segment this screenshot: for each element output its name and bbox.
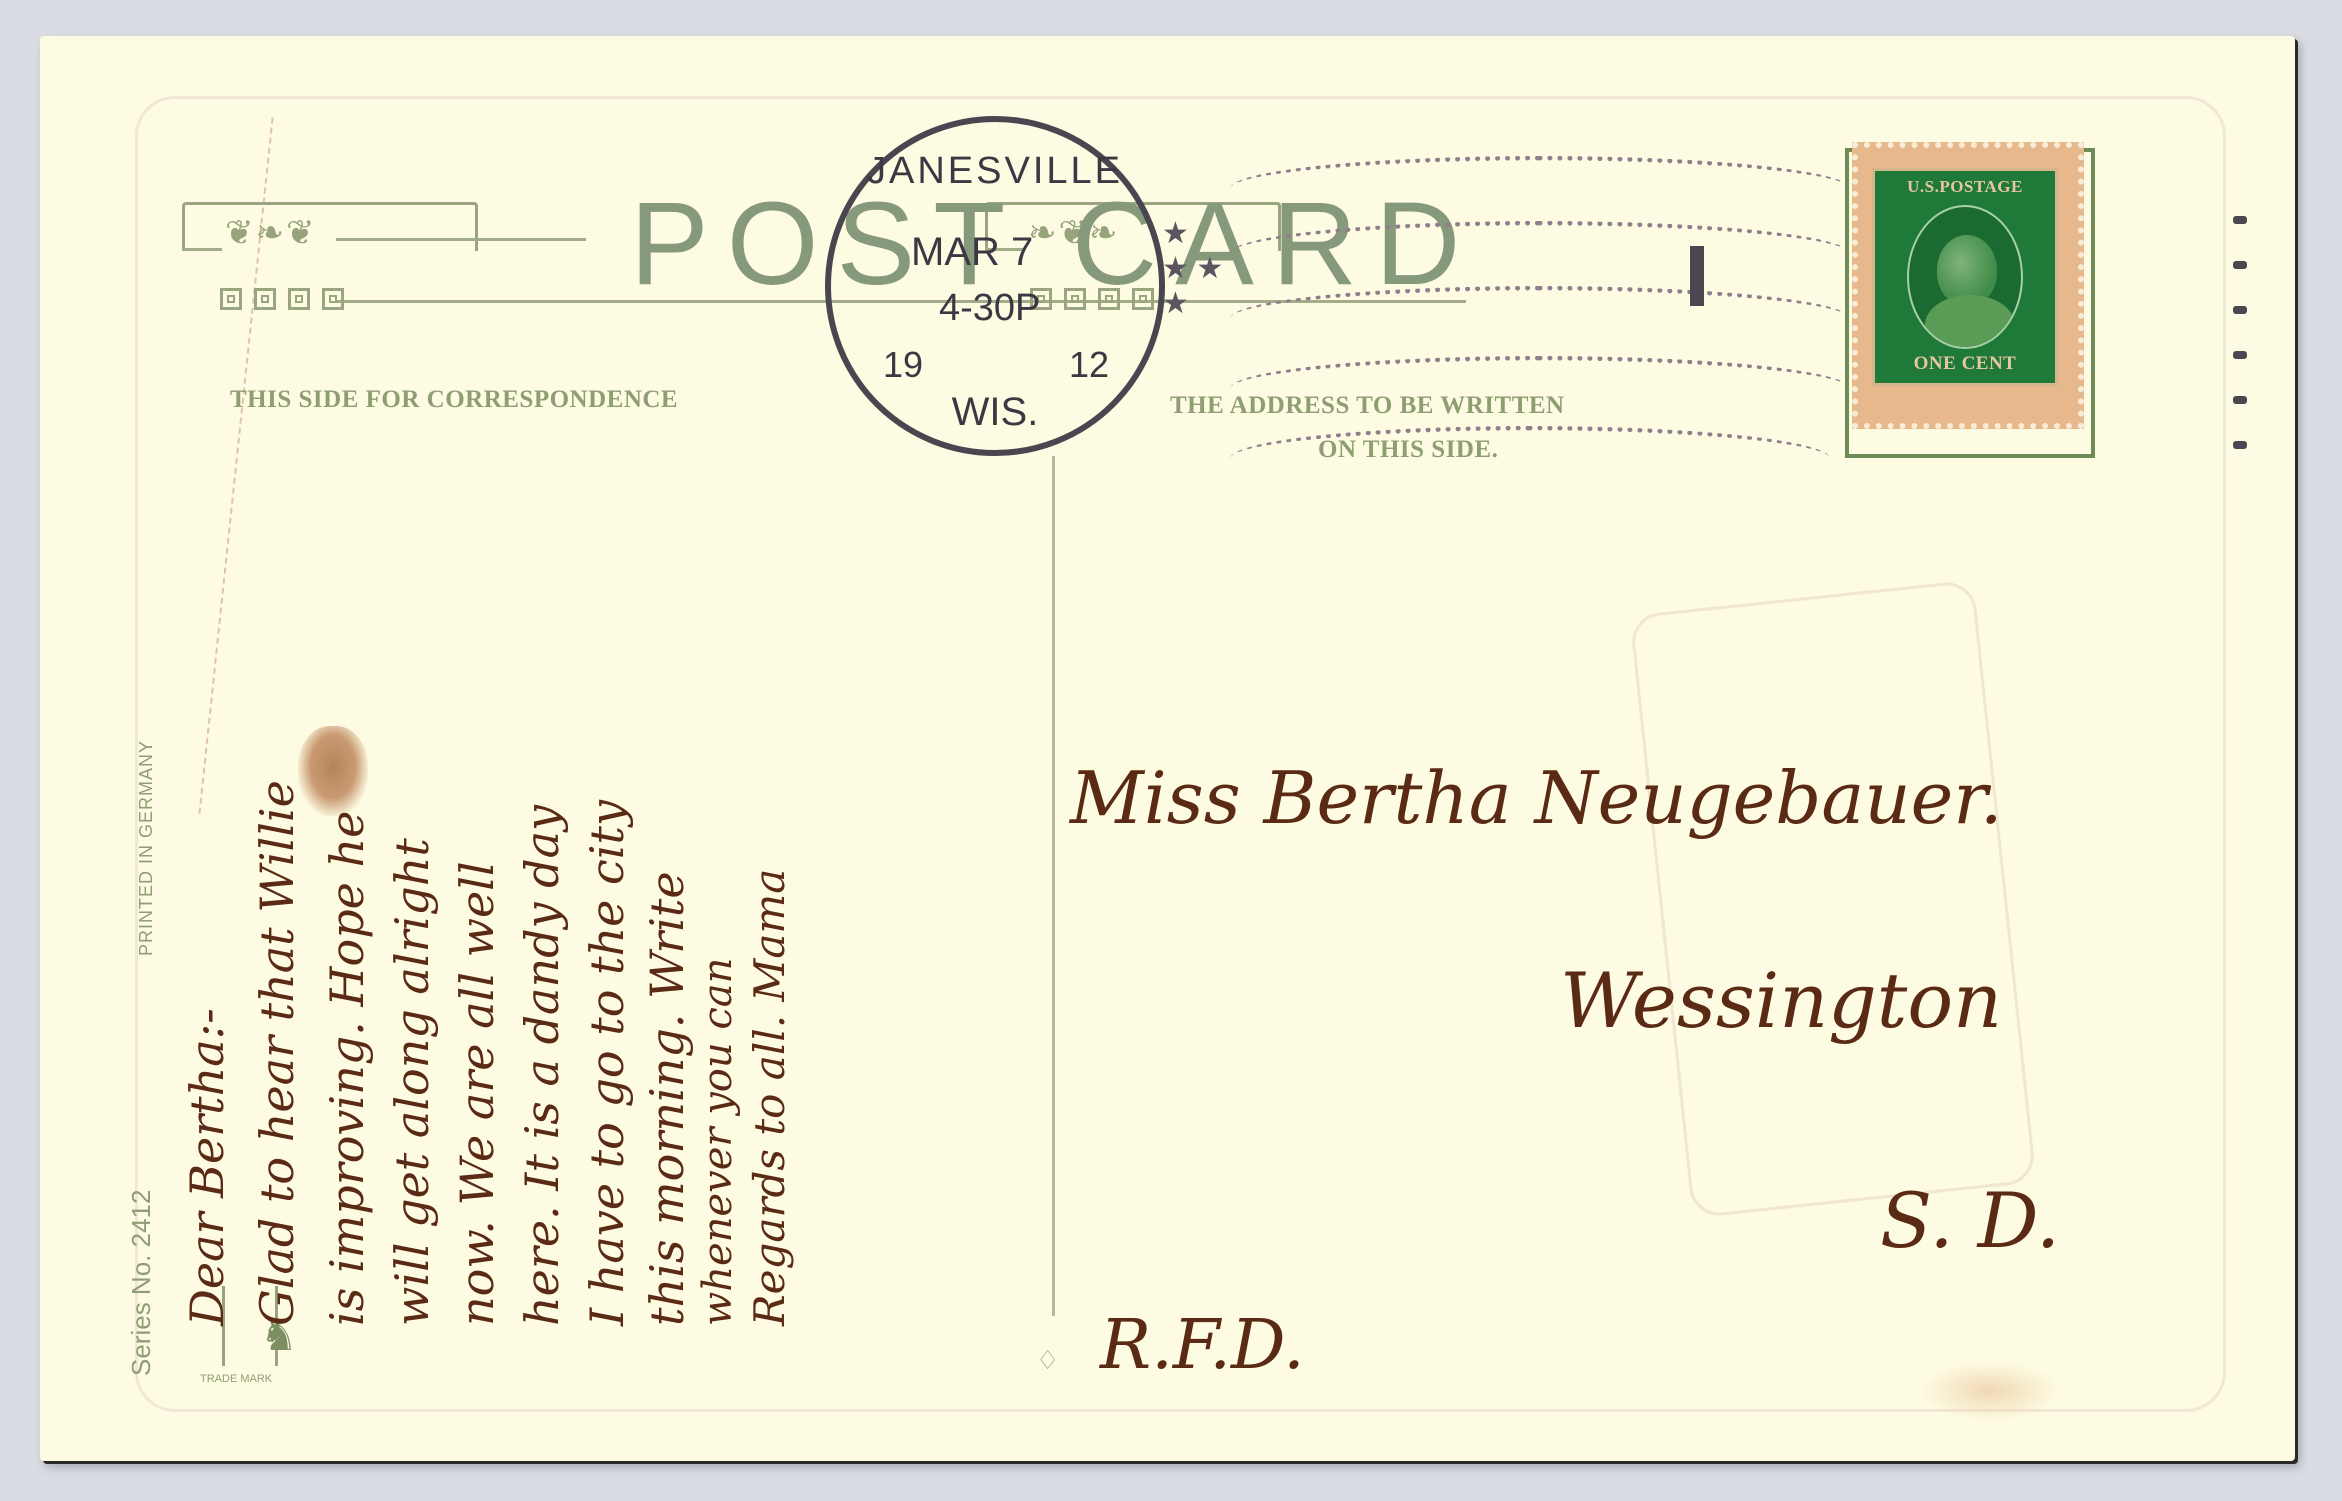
- cancel-bar: [2233, 261, 2247, 269]
- cancel-bar: [2233, 396, 2247, 404]
- message-line: now. We are all well: [450, 861, 504, 1326]
- message-line: is improving. Hope he: [320, 811, 374, 1326]
- ornament-rule: [336, 238, 586, 241]
- postage-stamp: U.S.POSTAGE ONE CENT: [1852, 142, 2084, 429]
- paper-stain: [1920, 1361, 2060, 1421]
- message-line: here. It is a dandy day: [515, 805, 569, 1326]
- postmark: JANESVILLE MAR 7 4-30P 19 12 WIS.: [825, 116, 1165, 456]
- cancel-bar: [2233, 441, 2247, 449]
- cancel-bar: [2233, 306, 2247, 314]
- postmark-time: 4-30P: [939, 287, 1040, 330]
- correspondence-label: THIS SIDE FOR CORRESPONDENCE: [230, 386, 678, 414]
- stamp-top-text: U.S.POSTAGE: [1907, 177, 2023, 197]
- message-line: this morning. Write: [640, 871, 694, 1326]
- message-line: I have to go to the city: [580, 800, 634, 1326]
- cancel-bar: [2233, 216, 2247, 224]
- series-number: Series No. 2412: [126, 1190, 157, 1376]
- rural-route: R.F.D.: [1100, 1306, 1305, 1385]
- cancel-wave: [1230, 221, 1850, 286]
- embossed-bell-outline: [1629, 580, 2036, 1219]
- stars-icon: ★★ ★★: [1162, 216, 1223, 321]
- postmark-year-right: 12: [1069, 344, 1109, 386]
- divider-ornament-icon: ♢: [1036, 1346, 1059, 1376]
- center-divider: [1052, 456, 1055, 1316]
- postmark-date: MAR 7: [911, 230, 1033, 275]
- left-ornament: ❦❧❦: [182, 202, 478, 251]
- printed-in-label: PRINTED IN GERMANY: [136, 740, 157, 956]
- postcard: ❦❧❦ ❧❦❧ POST CARD THIS SIDE FOR CORRESPO…: [40, 36, 2295, 1461]
- message-line: will get along alright: [385, 838, 439, 1326]
- recipient-name: Miss Bertha Neugebauer.: [1070, 756, 2003, 840]
- stamp-denomination: ONE CENT: [1914, 353, 2017, 375]
- cancel-bar: [2233, 351, 2247, 359]
- franklin-portrait-icon: [1907, 205, 2023, 349]
- cancel-wave: [1230, 356, 1850, 421]
- cancel-wave: [1230, 426, 1830, 491]
- recipient-city: Wessington: [1560, 956, 2002, 1045]
- recipient-state: S. D.: [1880, 1176, 2060, 1265]
- ornament-rule: [182, 248, 222, 251]
- message-line: whenever you can: [695, 958, 741, 1326]
- ink-stain: [298, 726, 368, 816]
- laurel-icon: ❦❧❦: [225, 213, 316, 253]
- message-line: Dear Bertha:-: [180, 1008, 234, 1326]
- message-line: Glad to hear that Willie: [250, 780, 304, 1326]
- ornament-squares: [220, 288, 344, 310]
- cancel-wave: [1230, 156, 1850, 221]
- postmark-city: JANESVILLE: [831, 150, 1159, 193]
- postmark-year-left: 19: [883, 344, 923, 386]
- postmark-state: WIS.: [831, 390, 1159, 435]
- message-line: Regards to all. Mama: [745, 869, 794, 1326]
- cancel-mark: [1690, 246, 1704, 306]
- cancel-wave: [1230, 286, 1850, 351]
- trademark-label: TRADE MARK: [200, 1373, 272, 1385]
- stamp-design: U.S.POSTAGE ONE CENT: [1872, 168, 2058, 386]
